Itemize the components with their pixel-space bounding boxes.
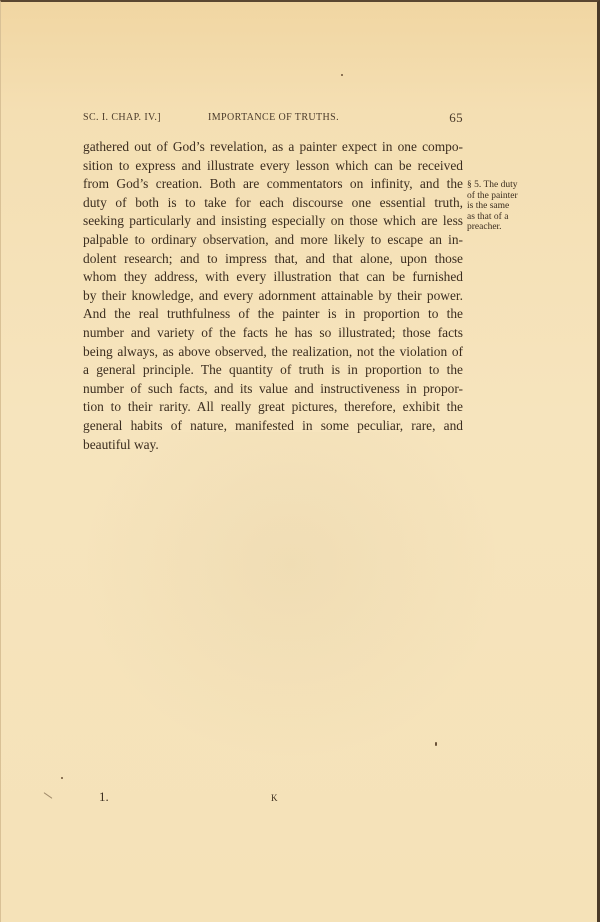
marginal-note-line: preacher.: [467, 222, 539, 233]
text-line: duty of both is to take for each discour…: [83, 194, 463, 213]
text-line: number of such facts, and its value and …: [83, 380, 463, 399]
paper-speck: [341, 74, 343, 76]
bleed-through-shading: [81, 432, 501, 762]
text-line: gathered out of God’s revelation, as a p…: [83, 138, 463, 157]
paper-speck: [44, 792, 53, 799]
text-line: palpable to ordinary observation, and mo…: [83, 231, 463, 250]
signature-letter: K: [271, 793, 278, 803]
text-line: seeking particularly and insisting espec…: [83, 212, 463, 231]
marginal-note-line: as that of a: [467, 212, 539, 223]
paper-speck: [61, 777, 63, 779]
marginal-note: § 5. The duty of the painter is the same…: [467, 180, 539, 233]
text-line: from God’s creation. Both are commentato…: [83, 175, 463, 194]
marginal-note-line: is the same: [467, 201, 539, 212]
running-header: SC. I. CHAP. IV.] IMPORTANCE OF TRUTHS. …: [83, 112, 463, 128]
signature-volume: 1.: [99, 789, 109, 805]
text-line: a general principle. The quantity of tru…: [83, 361, 463, 380]
text-line: by their knowledge, and every adornment …: [83, 287, 463, 306]
text-line: And the real truthfulness of the painter…: [83, 305, 463, 324]
text-line: dolent research; and to impress that, an…: [83, 250, 463, 269]
page-number: 65: [449, 110, 463, 126]
body-paragraph: gathered out of God’s revelation, as a p…: [83, 138, 463, 454]
text-line: general habits of nature, manifested in …: [83, 417, 463, 436]
running-header-title: IMPORTANCE OF TRUTHS.: [208, 112, 339, 123]
text-line: number and variety of the facts he has s…: [83, 324, 463, 343]
text-line: tion to their rarity. All really great p…: [83, 398, 463, 417]
book-page: SC. I. CHAP. IV.] IMPORTANCE OF TRUTHS. …: [0, 0, 600, 922]
running-header-section: SC. I. CHAP. IV.]: [83, 112, 161, 123]
marginal-note-line: of the painter: [467, 191, 539, 202]
marginal-note-line: § 5. The duty: [467, 180, 539, 191]
text-line: sition to express and illustrate every l…: [83, 157, 463, 176]
text-line: being always, as above observed, the rea…: [83, 343, 463, 362]
text-line: beautiful way.: [83, 436, 463, 455]
paper-speck: [435, 742, 437, 746]
text-line: whom they address, with every illustrati…: [83, 268, 463, 287]
